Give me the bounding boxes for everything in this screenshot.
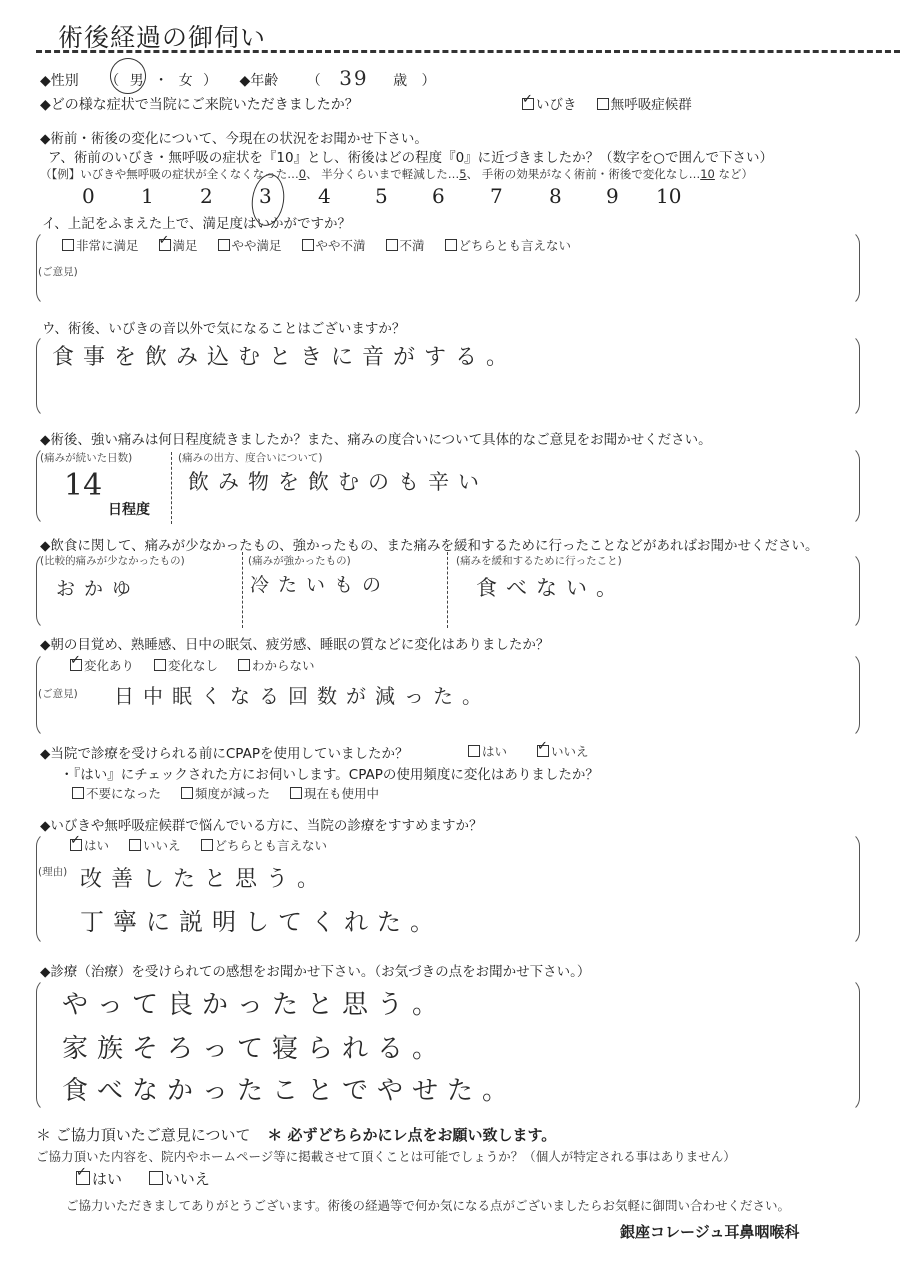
pain-divider: [171, 452, 172, 524]
option-still-using[interactable]: 現在も使用中: [290, 784, 379, 802]
age-value[interactable]: 39: [339, 66, 368, 90]
example-10: 10: [700, 167, 715, 181]
option-recommend-no[interactable]: いいえ: [129, 836, 181, 854]
option-label: 不満: [400, 238, 425, 253]
checkbox-icon[interactable]: [76, 1171, 90, 1185]
option-label: いびき: [536, 97, 577, 113]
sex-close-paren: ）: [203, 73, 217, 89]
option-satisfied[interactable]: 満足: [159, 236, 198, 254]
option-no-change[interactable]: 変化なし: [154, 656, 218, 674]
consent-question: ご協力頂いた内容を、院内やホームページ等に掲載させて頂くことは可能でしょうか？（…: [36, 1147, 736, 1165]
option-snoring[interactable]: いびき: [522, 93, 577, 113]
option-label: 無呼吸症候群: [611, 97, 692, 113]
visit-reason-options: いびき 無呼吸症候群: [522, 93, 708, 113]
scale-option-5[interactable]: 5: [375, 184, 388, 208]
option-consent-yes[interactable]: はい: [76, 1168, 122, 1189]
impression-line-2[interactable]: 家族そろって寝られる。: [62, 1028, 447, 1065]
option-unknown[interactable]: わからない: [238, 656, 315, 674]
recommend-question: ◆いびきや無呼吸症候群で悩んでいる方に、当院の診療をすすめますか？: [40, 814, 483, 834]
sex-label: ◆性別: [40, 73, 79, 89]
sex-option-female[interactable]: 女: [179, 73, 197, 89]
option-label: 変化あり: [84, 658, 134, 673]
checkbox-icon[interactable]: [129, 839, 141, 851]
cpap-options: はい いいえ: [468, 742, 605, 760]
example-suffix: など）: [715, 167, 753, 181]
cpap-followup: ・『はい』にチェックされた方にお伺いします。CPAPの使用頻度に変化はありました…: [60, 763, 599, 783]
option-cpap-yes[interactable]: はい: [468, 742, 507, 760]
scale-option-10[interactable]: 10: [656, 184, 681, 208]
title-divider: [36, 50, 900, 53]
checkbox-icon[interactable]: [70, 659, 82, 671]
option-consent-no[interactable]: いいえ: [149, 1168, 210, 1189]
option-label: わからない: [252, 658, 315, 673]
consent-heading-left: ＊ ご協力頂いたご意見について: [36, 1126, 250, 1144]
option-apnea[interactable]: 無呼吸症候群: [597, 93, 692, 113]
scale-option-4[interactable]: 4: [318, 184, 331, 208]
checkbox-icon[interactable]: [159, 239, 171, 251]
change-heading: ◆術前・術後の変化について、今現在の状況をお聞かせ下さい。: [40, 127, 428, 147]
consent-options: はい いいえ: [76, 1168, 226, 1189]
example-0: 0: [299, 167, 306, 181]
option-label: どちらとも言えない: [215, 838, 328, 853]
example-mid2: 、 手術の効果がなく術前・術後で変化なし…: [467, 167, 701, 181]
age-unit: 歳: [393, 73, 407, 89]
consent-heading-right: ＊ 必ずどちらかにレ点をお願い致します。: [267, 1126, 556, 1144]
scale-option-1[interactable]: 1: [141, 184, 154, 208]
option-label: 満足: [173, 238, 198, 253]
option-changed[interactable]: 変化あり: [70, 656, 134, 674]
option-label: 変化なし: [168, 658, 218, 673]
checkbox-icon[interactable]: [218, 239, 230, 251]
option-somewhat-dissatisfied[interactable]: やや不満: [302, 236, 366, 254]
sleep-opinion-value[interactable]: 日中眠くなる回数が減った。: [114, 680, 491, 709]
option-no-longer-needed[interactable]: 不要になった: [72, 784, 161, 802]
visit-reason-question: ◆どの様な症状で当院にご来院いただきましたか？: [40, 94, 359, 114]
other-concern-answer[interactable]: 食事を飲み込むときに音がする。: [52, 340, 517, 371]
example-mid: 、 半分くらいまで軽減した…: [306, 167, 459, 181]
age-label: ◆年齢: [240, 73, 279, 89]
change-question-b: イ、上記をふまえた上で、満足度はいかがですか？: [42, 212, 351, 232]
clinic-name: 銀座コレージュ耳鼻咽喉科: [620, 1221, 799, 1242]
option-label: はい: [92, 1170, 122, 1188]
food-divider-2: [447, 552, 448, 628]
example-5: 5: [459, 167, 466, 181]
food-col2-value[interactable]: 冷たいもの: [250, 570, 390, 597]
checkbox-icon[interactable]: [201, 839, 213, 851]
recommend-reason-line-1[interactable]: 改善したと思う。: [80, 862, 328, 893]
impression-line-1[interactable]: やって良かったと思う。: [62, 984, 447, 1021]
option-very-satisfied[interactable]: 非常に満足: [62, 236, 139, 254]
option-recommend-yes[interactable]: はい: [70, 836, 109, 854]
sleep-options: 変化あり 変化なし わからない: [70, 656, 331, 674]
pain-detail-value[interactable]: 飲み物を飲むのも辛い: [188, 466, 488, 496]
option-label: いいえ: [551, 744, 589, 759]
checkbox-icon[interactable]: [537, 745, 549, 757]
food-col3-label: (痛みを緩和するために行ったこと): [456, 553, 622, 568]
option-neither[interactable]: どちらとも言えない: [445, 236, 572, 254]
option-cpap-no[interactable]: いいえ: [537, 742, 589, 760]
scale-option-8[interactable]: 8: [549, 184, 562, 208]
food-col1-label: (比較的痛みが少なかったもの): [40, 553, 185, 568]
checkbox-icon[interactable]: [597, 98, 609, 110]
option-label: やや不満: [316, 238, 366, 253]
option-label: 不要になった: [86, 786, 161, 801]
checkbox-icon[interactable]: [302, 239, 314, 251]
option-label: やや満足: [232, 238, 282, 253]
sex-age-row: ◆性別 （ 男 ・ 女 ） ◆年齢 （ 39 歳 ）: [40, 66, 436, 90]
consent-heading: ＊ ご協力頂いたご意見について ＊ 必ずどちらかにレ点をお願い致します。: [36, 1124, 556, 1145]
checkbox-icon[interactable]: [70, 839, 82, 851]
sex-selection-circle: [106, 54, 150, 98]
option-label: 現在も使用中: [304, 786, 379, 801]
option-label: はい: [84, 838, 109, 853]
sex-female-label: 女: [179, 73, 193, 89]
scale-option-2[interactable]: 2: [200, 184, 213, 208]
option-label: 非常に満足: [76, 238, 139, 253]
checkbox-icon[interactable]: [72, 787, 84, 799]
recommend-options: はい いいえ どちらとも言えない: [70, 836, 343, 854]
option-label: はい: [482, 744, 507, 759]
scale-option-7[interactable]: 7: [490, 184, 503, 208]
checkbox-icon[interactable]: [522, 98, 534, 110]
checkbox-icon[interactable]: [149, 1171, 163, 1185]
pain-days-value[interactable]: 14: [64, 468, 102, 503]
scale-option-9[interactable]: 9: [606, 184, 619, 208]
thanks-message: ご協力いただきましてありがとうございます。術後の経過等で何か気になる点がございま…: [66, 1196, 790, 1214]
sleep-question: ◆朝の目覚め、熟睡感、日中の眠気、疲労感、睡眠の質などに変化はありましたか？: [40, 633, 549, 653]
checkbox-icon[interactable]: [445, 239, 457, 251]
age-open-paren: （: [307, 73, 321, 89]
checkbox-icon[interactable]: [62, 239, 74, 251]
cpap-followup-options: 不要になった 頻度が減った 現在も使用中: [72, 784, 395, 802]
option-somewhat-satisfied[interactable]: やや満足: [218, 236, 282, 254]
scale-option-6[interactable]: 6: [432, 184, 445, 208]
option-label: 頻度が減った: [195, 786, 270, 801]
option-recommend-neither[interactable]: どちらとも言えない: [201, 836, 328, 854]
pain-days-unit: 日程度: [108, 499, 150, 519]
option-dissatisfied[interactable]: 不満: [386, 236, 425, 254]
food-col3-value[interactable]: 食べない。: [476, 572, 626, 602]
cpap-question: ◆当院で診療を受けられる前にCPAPを使用していましたか？: [40, 742, 408, 762]
checkbox-icon[interactable]: [468, 745, 480, 757]
checkbox-icon[interactable]: [154, 659, 166, 671]
satisfaction-options: 非常に満足 満足 やや満足 やや不満 不満 どちらとも言えない: [62, 236, 587, 254]
food-divider-1: [242, 552, 243, 628]
page-title: 術後経過の御伺い: [58, 18, 266, 54]
satisfaction-opinion-label: (ご意見): [38, 264, 78, 279]
scale-option-0[interactable]: 0: [82, 184, 95, 208]
checkbox-icon[interactable]: [181, 787, 193, 799]
option-frequency-reduced[interactable]: 頻度が減った: [181, 784, 270, 802]
pain-detail-label: (痛みの出方、度合いについて): [178, 450, 322, 465]
sleep-opinion-label: (ご意見): [38, 686, 78, 701]
checkbox-icon[interactable]: [386, 239, 398, 251]
impression-question: ◆診療（治療）を受けられての感想をお聞かせ下さい。（お気づきの点をお聞かせ下さい…: [40, 960, 590, 980]
pain-question: ◆術後、強い痛みは何日程度続きましたか？また、痛みの度合いについて具体的なご意見…: [40, 428, 712, 448]
option-label: どちらとも言えない: [459, 238, 572, 253]
recommend-reason-line-2[interactable]: 丁寧に説明してくれた。: [80, 902, 443, 937]
food-col1-value[interactable]: おかゆ: [56, 574, 140, 601]
impression-line-3[interactable]: 食べなかったことでやせた。: [62, 1070, 517, 1107]
pain-days-label: (痛みが続いた日数): [40, 450, 132, 465]
recommend-reason-label: (理由): [38, 864, 67, 879]
change-question-a: ア、術前のいびき・無呼吸の症状を『10』とし、術後はどの程度『0』に近づきました…: [48, 146, 773, 166]
option-label: いいえ: [143, 838, 181, 853]
checkbox-icon[interactable]: [290, 787, 302, 799]
sex-separator: ・: [154, 73, 168, 89]
change-example: （【例】いびきや無呼吸の症状が全くなくなった…0、 半分くらいまで軽減した…5、…: [40, 166, 753, 182]
food-col2-label: (痛みが強かったもの): [248, 553, 351, 568]
age-close-paren: ）: [422, 73, 436, 89]
checkbox-icon[interactable]: [238, 659, 250, 671]
option-label: いいえ: [165, 1170, 210, 1188]
food-question: ◆飲食に関して、痛みが少なかったもの、強かったもの、また痛みを緩和するために行っ…: [40, 534, 819, 554]
